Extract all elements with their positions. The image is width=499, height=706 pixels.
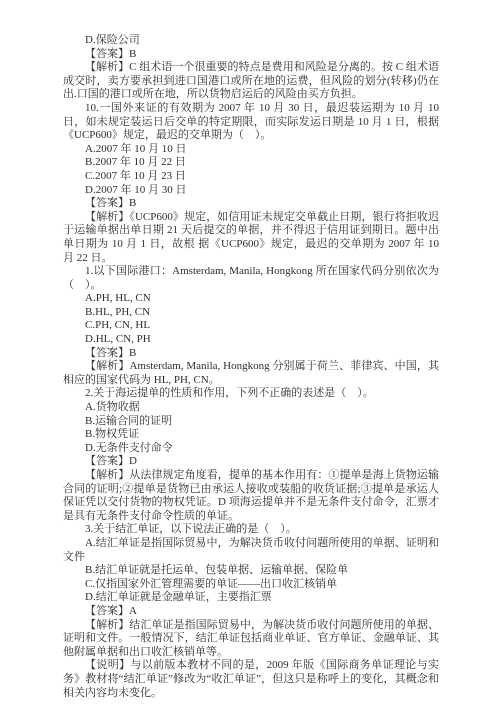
option-line: D.保险公司 bbox=[63, 34, 439, 48]
option-line: D.HL, CN, PH bbox=[63, 333, 439, 347]
analysis-paragraph: 【解析】结汇单证是指国际贸易中，为解决货币收付问题所使用的单据、证明和文件。一般… bbox=[63, 619, 439, 660]
option-line: A.2007 年 10 月 10 日 bbox=[63, 143, 439, 157]
option-line: C.2007 年 10 月 23 日 bbox=[63, 170, 439, 184]
question-paragraph: 2.关于海运提单的性质和作用，下列不正确的表述是（ ）。 bbox=[63, 387, 439, 401]
option-line: B.HL, PH, CN bbox=[63, 306, 439, 320]
option-line: B.结汇单证就是托运单、包装单据、运输单据、保险单 bbox=[63, 564, 439, 578]
answer-line: 【答案】B bbox=[63, 347, 439, 361]
note-paragraph: 【说明】与以前版本教材不同的是，2009 年版《国际商务单证理论与实务》教材将“… bbox=[63, 659, 439, 700]
option-line: B.物权凭证 bbox=[63, 428, 439, 442]
question-paragraph: 1.以下国际港口：Amsterdam, Manila, Hongkong 所在国… bbox=[63, 265, 439, 292]
option-line: A.PH, HL, CN bbox=[63, 292, 439, 306]
analysis-paragraph: 【解析】Amsterdam, Manila, Hongkong 分别属于荷兰、菲… bbox=[63, 360, 439, 387]
option-line: A.货物收据 bbox=[63, 401, 439, 415]
option-line: D.结汇单证就是金融单证，主要指汇票 bbox=[63, 591, 439, 605]
option-line: C.PH, CN, HL bbox=[63, 319, 439, 333]
answer-line: 【答案】D bbox=[63, 455, 439, 469]
answer-line: 【答案】A bbox=[63, 605, 439, 619]
option-line: A.结汇单证是指国际贸易中，为解决货币收付问题所使用的单据、证明和文件 bbox=[63, 537, 439, 564]
analysis-paragraph: 【解析】从法律规定角度看，提单的基本作用有：①提单是海上货物运输合同的证明;②提… bbox=[63, 469, 439, 523]
option-line: D.无条件支付命令 bbox=[63, 442, 439, 456]
option-line: B.运输合同的证明 bbox=[63, 415, 439, 429]
question-paragraph: 10.一国外来证的有效期为 2007 年 10 月 30 日，最迟装运期为 10… bbox=[63, 102, 439, 143]
analysis-paragraph: 【解析】C 组术语一个很重要的特点是费用和风险是分离的。按 C 组术语成交时，卖… bbox=[63, 61, 439, 102]
option-line: B.2007 年 10 月 22 日 bbox=[63, 156, 439, 170]
answer-line: 【答案】B bbox=[63, 197, 439, 211]
exam-content: D.保险公司 【答案】B 【解析】C 组术语一个很重要的特点是费用和风险是分离的… bbox=[63, 34, 439, 700]
question-paragraph: 3.关于结汇单证，以下说法正确的是（ ）。 bbox=[63, 523, 439, 537]
option-line: D.2007 年 10 月 30 日 bbox=[63, 184, 439, 198]
answer-line: 【答案】B bbox=[63, 48, 439, 62]
option-line: C.仅指国家外汇管理需要的单证——出口收汇核销单 bbox=[63, 578, 439, 592]
analysis-paragraph: 【解析】《UCP600》规定，如信用证未规定交单截止日期，银行将拒收迟于运输单据… bbox=[63, 211, 439, 265]
document-page: D.保险公司 【答案】B 【解析】C 组术语一个很重要的特点是费用和风险是分离的… bbox=[0, 0, 499, 706]
